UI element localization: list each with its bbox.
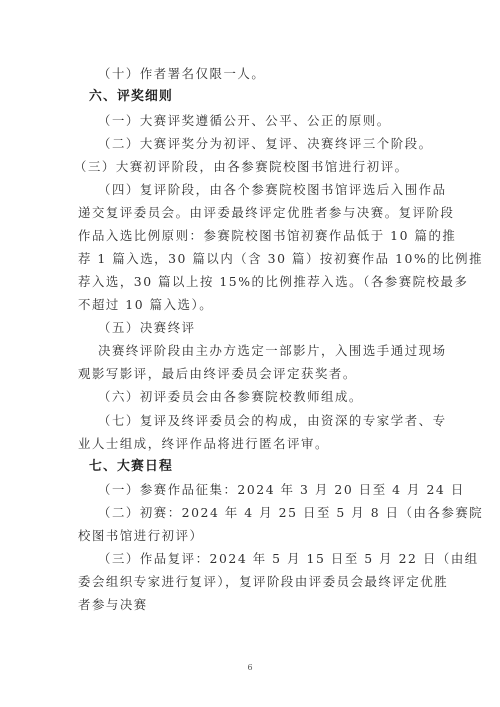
award-rule-4-line-4: 荐 1 篇入选，30 篇以内（含 30 篇）按初赛作品 10%的比例推 — [78, 251, 483, 267]
document-page: （十）作者署名仅限一人。 六、评奖细则 （一）大赛评奖遵循公开、公平、公正的原则… — [0, 0, 500, 707]
rule-10-author-limit: （十）作者署名仅限一人。 — [98, 66, 265, 82]
section-heading-award-rules: 六、评奖细则 — [89, 89, 173, 105]
award-rule-4-line-1: （四）复评阶段，由各个参赛院校图书馆评选后入围作品 — [98, 182, 447, 198]
award-rule-4-line-5: 荐入选，30 篇以上按 15%的比例推荐入选。（各参赛院校最多 — [78, 274, 468, 290]
schedule-item-3-line-2: 委会组织专家进行复评），复评阶段由评委员会最终评定优胜 — [78, 574, 448, 590]
award-rule-2: （二）大赛评奖分为初评、复评、决赛终评三个阶段。 — [98, 136, 433, 152]
award-rule-5-title: （五）决赛终评 — [98, 320, 196, 336]
award-rule-7-line-1: （七）复评及终评委员会的构成，由资深的专家学者、专 — [98, 413, 447, 429]
schedule-item-3-line-3: 者参与决赛 — [78, 597, 148, 613]
award-rule-3: （三）大赛初评阶段，由各参赛院校图书馆进行初评。 — [74, 159, 409, 175]
award-rule-4-line-2: 递交复评委员会。由评委最终评定优胜者参与决赛。复评阶段 — [78, 205, 454, 221]
schedule-item-3-line-1: （三）作品复评：2024 年 5 月 15 日至 5 月 22 日（由组 — [98, 551, 479, 567]
award-rule-5-line-1: 决赛终评阶段由主办方选定一部影片，入围选手通过现场 — [98, 343, 447, 359]
award-rule-1: （一）大赛评奖遵循公开、公平、公正的原则。 — [98, 113, 391, 129]
schedule-item-1: （一）参赛作品征集：2024 年 3 月 20 日至 4 月 24 日 — [98, 482, 465, 498]
award-rule-4-line-3: 作品入选比例原则：参赛院校图书馆初赛作品低于 10 篇的推 — [78, 228, 456, 244]
award-rule-4-line-6: 不超过 10 篇入选）。 — [78, 297, 213, 313]
section-heading-schedule: 七、大赛日程 — [89, 459, 173, 475]
award-rule-6: （六）初评委员会由各参赛院校教师组成。 — [98, 389, 363, 405]
page-number: 6 — [0, 663, 500, 672]
award-rule-7-line-2: 业人士组成，终评作品将进行匿名评审。 — [78, 436, 329, 452]
schedule-item-2-line-2: 校图书馆进行初评） — [78, 528, 203, 544]
award-rule-5-line-2: 观影写影评，最后由终评委员会评定获奖者。 — [78, 366, 357, 382]
schedule-item-2-line-1: （二）初赛：2024 年 4 月 25 日至 5 月 8 日（由各参赛院 — [98, 505, 483, 521]
